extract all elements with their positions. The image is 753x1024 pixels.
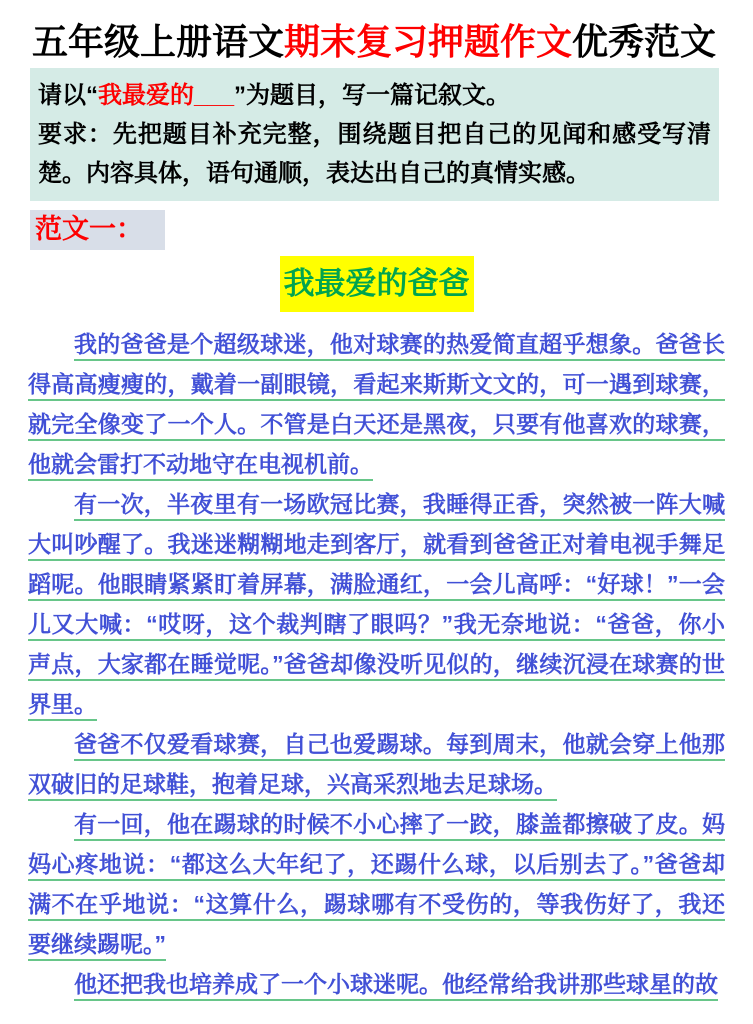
prompt-requirements: 要求：先把题目补充完整，围绕题目把自己的见闻和感受写清楚。内容具体，语句通顺，表… xyxy=(38,115,711,193)
page-title: 五年级上册语文期末复习押题作文优秀范文 xyxy=(32,20,723,64)
prompt-intro-prefix: 请以“ xyxy=(38,82,98,109)
prompt-intro: 请以“我最爱的___”为题目，写一篇记叙文。 xyxy=(38,76,711,115)
essay-body: 我的爸爸是个超级球迷，他对球赛的热爱简直超乎想象。爸爸长得高高瘦瘦的，戴着一副眼… xyxy=(28,324,725,1004)
page-title-highlight: 期末复习押题作文 xyxy=(284,22,572,62)
essay-title: 我最爱的爸爸 xyxy=(280,256,474,312)
page-title-part2: 优秀范文 xyxy=(572,22,716,62)
worksheet-page: 五年级上册语文期末复习押题作文优秀范文 请以“我最爱的___”为题目，写一篇记叙… xyxy=(0,0,753,1024)
essay-paragraph: 有一回，他在踢球的时候不小心摔了一跤，膝盖都擦破了皮。妈妈心疼地说：“都这么大年… xyxy=(28,804,725,964)
page-title-part1: 五年级上册语文 xyxy=(32,22,284,62)
prompt-intro-blank: 我最爱的___ xyxy=(98,82,234,109)
section-label: 范文一： xyxy=(30,210,165,250)
essay-paragraph: 有一次，半夜里有一场欧冠比赛，我睡得正香，突然被一阵大喊大叫吵醒了。我迷迷糊糊地… xyxy=(28,484,725,724)
essay-paragraph: 我的爸爸是个超级球迷，他对球赛的热爱简直超乎想象。爸爸长得高高瘦瘦的，戴着一副眼… xyxy=(28,324,725,484)
essay-paragraph: 他还把我也培养成了一个小球迷呢。他经常给我讲那些球星的故 xyxy=(28,964,725,1004)
section-label-row: 范文一： xyxy=(30,210,753,250)
prompt-block: 请以“我最爱的___”为题目，写一篇记叙文。 要求：先把题目补充完整，围绕题目把… xyxy=(30,68,719,201)
essay-title-row: 我最爱的爸爸 xyxy=(0,256,753,312)
prompt-intro-suffix: ”为题目，写一篇记叙文。 xyxy=(234,82,510,109)
essay-paragraph: 爸爸不仅爱看球赛，自己也爱踢球。每到周末，他就会穿上他那双破旧的足球鞋，抱着足球… xyxy=(28,724,725,804)
